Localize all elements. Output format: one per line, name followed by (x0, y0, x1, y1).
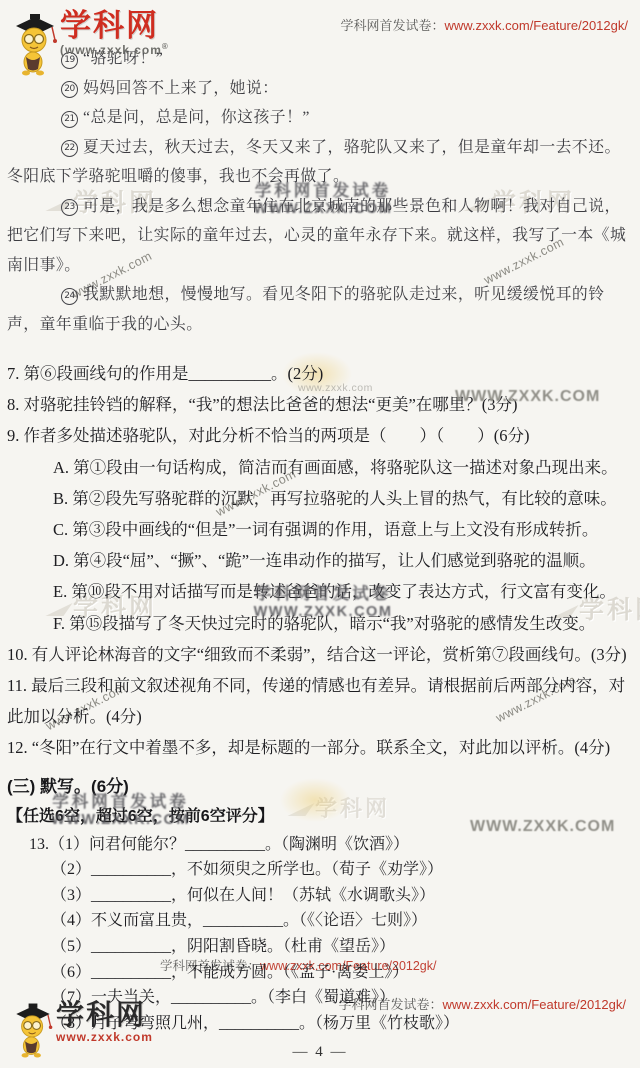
paragraph-text: 我默默地想，慢慢地写。看见冬阳下的骆驼队走过来，听见缓缓悦耳的铃声，童年重临于我… (7, 286, 605, 333)
paragraph-number: 20 (61, 81, 78, 98)
paragraph-number: 22 (61, 140, 78, 157)
paragraph-text: “总是问，总是问，你这孩子！” (83, 109, 310, 126)
watermark-stamp-title: 学科网首发试卷 (28, 793, 213, 812)
watermark-stamp-url: www.zxxk.com (28, 812, 213, 829)
zxxk-logo: 学科网 (www.zxxk.com® (12, 10, 169, 76)
watermark-stamp-url: www.zxxk.com (228, 604, 418, 621)
question-9-option-b: B. 第②段先写骆驼群的沉默，再写拉骆驼的人头上冒的热气，有比较的意味。 (7, 483, 632, 514)
logo-brand: 学科网 (56, 1000, 153, 1030)
question-9-option-c: C. 第③段中画线的“但是”一词有强调的作用，语意上与上文没有形成转折。 (7, 514, 632, 545)
dictation-item-5: （5）__________，阴阳割昏晓。（杜甫《望岳》） (7, 934, 632, 960)
release-label: 学科网首发试卷： (340, 18, 444, 33)
zxxk-mascot-icon (12, 10, 58, 76)
release-notice-top: 学科网首发试卷：www.zxxk.com/Feature/2012gk/ (340, 15, 628, 34)
scanned-exam-page: 学科网 学科网 学科网 学科网 学科网 www.zxxk.com www.zxx… (0, 0, 640, 1068)
zxxk-logo: 学科网 www.zxxk.com (12, 1000, 153, 1058)
watermark-url-caps: www.zxxk.com (470, 818, 615, 836)
logo-site: www.zxxk.com (56, 1030, 153, 1044)
watermark-stamp-title: 学科网首发试卷 (228, 585, 418, 604)
watermark-stamp: 学科网首发试卷 www.zxxk.com (228, 585, 418, 621)
dictation-item-3: （3）__________，何似在人间！（苏轼《水调歌头》） (7, 883, 632, 909)
release-url: www.zxxk.com/Feature/2012gk/ (444, 18, 628, 33)
question-block: 7. 第⑥段画线句的作用是__________。(2分) 8. 对骆驼挂铃铛的解… (7, 358, 632, 764)
question-12: 12. “冬阳”在行文中着墨不多，却是标题的一部分。联系全文，对此加以评析。(4… (7, 732, 632, 763)
question-9-option-d: D. 第④段“屈”、“撅”、“跪”一连串动作的描写，让人们感觉到骆驼的温顺。 (7, 545, 632, 576)
logo-text: 学科网 (www.zxxk.com® (60, 10, 169, 57)
question-11: 11. 最后三段和前文叙述视角不同，传递的情感也有差异。请根据前后两部分内容，对… (7, 670, 632, 732)
watermark-url-caps: www.zxxk.com (455, 388, 600, 406)
passage-paragraph: 24我默默地想，慢慢地写。看见冬阳下的骆驼队走过来，听见缓缓悦耳的铃声，童年重临… (7, 280, 632, 339)
paragraph-number: 24 (61, 288, 78, 305)
watermark-stamp: 学科网首发试卷 www.zxxk.com (228, 182, 418, 218)
logo-brand: 学科网 (60, 10, 169, 42)
question-9: 9. 作者多处描述骆驼队，对此分析不恰当的两项是（ ）（ ）(6分) (7, 420, 632, 451)
paragraph-text: 妈妈回答不上来了，她说： (83, 80, 279, 97)
question-7: 7. 第⑥段画线句的作用是__________。(2分) (7, 358, 632, 389)
question-9-option-a: A. 第①段由一句话构成，简洁而有画面感，将骆驼队这一描述对象凸现出来。 (7, 452, 632, 483)
watermark-stamp-title: 学科网首发试卷 (228, 182, 418, 201)
dictation-item-2: （2）__________，不如须臾之所学也。（荀子《劝学》） (7, 857, 632, 883)
dictation-item-4: （4）不义而富且贵，__________。（《〈论语〉七则》） (7, 908, 632, 934)
logo-site: (www.zxxk.com® (60, 42, 169, 57)
logo-text: 学科网 www.zxxk.com (56, 1000, 153, 1044)
dictation-item-6: （6）__________，不能成方圆。（《孟子·离娄上》） (7, 960, 632, 986)
passage-paragraph: 21“总是问，总是问，你这孩子！” (7, 103, 632, 133)
paragraph-number: 21 (61, 111, 78, 128)
paragraph-number: 23 (61, 199, 78, 216)
question-10: 10. 有人评论林海音的文字“细致而不柔弱”，结合这一评论，赏析第⑦段画线句。(… (7, 639, 632, 670)
paragraph-text: 夏天过去，秋天过去，冬天又来了，骆驼队又来了，但是童年却一去不还。冬阳底下学骆驼… (7, 139, 621, 186)
watermark-stamp: 学科网首发试卷 www.zxxk.com (28, 793, 213, 829)
watermark-stamp-url: www.zxxk.com (228, 201, 418, 218)
passage-paragraph: 20妈妈回答不上来了，她说： (7, 74, 632, 104)
zxxk-mascot-icon (12, 1000, 54, 1058)
